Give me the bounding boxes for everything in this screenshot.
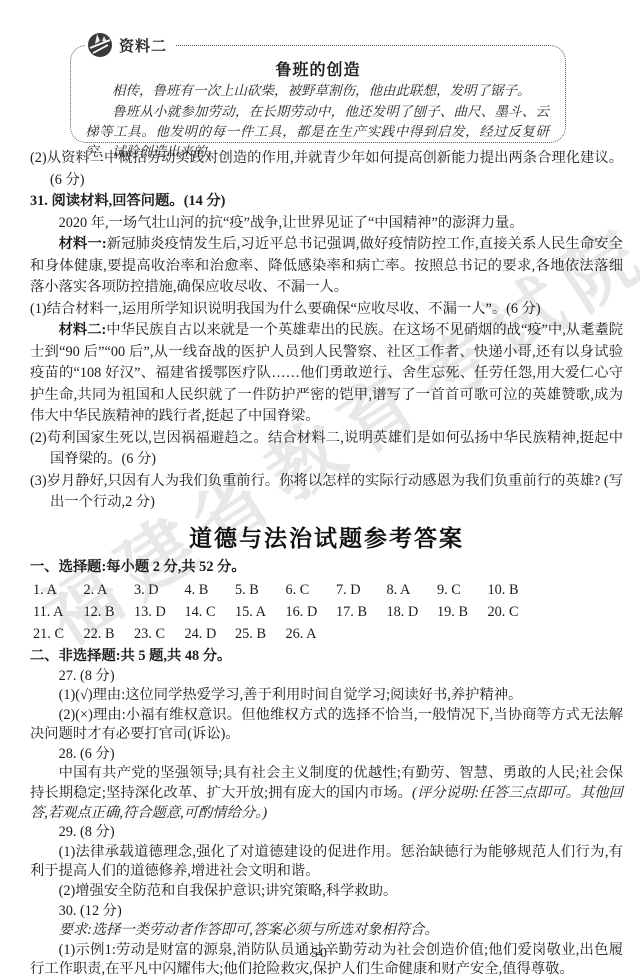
material-box-paragraph-1: 相传，鲁班有一次上山砍柴，被野草割伤，他由此联想，发明了锯子。	[85, 81, 549, 101]
choice-answer: 25. B	[235, 625, 286, 643]
answer-27-1: (1)(√)理由:这位同学热爱学习,善于利用时间自觉学习;阅读好书,养护精神。	[30, 686, 623, 706]
choice-answer: 20. C	[488, 603, 539, 621]
question-31-part2: (2)苟利国家生死以,岂因祸福避趋之。结合材料二,说明英雄们是如何弘扬中华民族精…	[30, 428, 623, 471]
material-1-text: 新冠肺炎疫情发生后,习近平总书记强调,做好疫情防控工作,直接关系人民生命安全和身…	[30, 236, 623, 295]
choice-answer: 17. B	[336, 603, 387, 621]
choice-answer-grid: 1. A2. A3. D4. B5. B6. C7. D8. A9. C10. …	[33, 581, 538, 643]
choice-answer: 19. B	[437, 603, 488, 621]
choice-answer: 16. D	[286, 603, 337, 621]
answers-title: 道德与法治试题参考答案	[30, 520, 623, 553]
choice-answer: 23. C	[134, 625, 185, 643]
material-2-label: 材料二:	[59, 322, 107, 338]
page-number: · 50 ·	[0, 946, 640, 962]
answer-30-header: 30. (12 分)	[30, 902, 623, 922]
question-31-header: 31. 阅读材料,回答问题。(14 分)	[30, 191, 623, 213]
choice-answer: 24. D	[185, 625, 236, 643]
answer-28-header: 28. (6 分)	[30, 745, 623, 765]
choice-answer: 14. C	[185, 603, 236, 621]
question-31-part1: (1)结合材料一,运用所学知识说明我国为什么要确保“应收尽收、不漏一人”。(6 …	[30, 299, 623, 321]
choice-answer: 9. C	[437, 581, 488, 599]
choice-answer: 13. D	[134, 603, 185, 621]
choice-answer: 18. D	[387, 603, 438, 621]
material-1-label: 材料一:	[59, 236, 107, 252]
choice-answer: 6. C	[286, 581, 337, 599]
material-box-tag: 资料二	[119, 35, 167, 56]
question-31-part3: (3)岁月静好,只因有人为我们负重前行。你将以怎样的实际行动感恩为我们负重前行的…	[30, 471, 623, 514]
choice-answer: 5. B	[235, 581, 286, 599]
choice-answer: 11. A	[33, 603, 84, 621]
answer-27-header: 27. (8 分)	[30, 667, 623, 687]
choice-answer: 7. D	[336, 581, 387, 599]
non-choice-section-header: 二、非选择题:共 5 题,共 48 分。	[30, 646, 623, 667]
material-1-paragraph: 材料一:新冠肺炎疫情发生后,习近平总书记强调,做好疫情防控工作,直接关系人民生命…	[30, 234, 623, 299]
material-2-text: 中华民族自古以来就是一个英雄辈出的民族。在这场不见硝烟的战“疫”中,从耄耋院士到…	[30, 322, 623, 424]
answer-27-2: (2)(×)理由:小福有维权意识。但他维权方式的选择不恰当,一般情况下,当协商等…	[30, 706, 623, 745]
choice-answer: 8. A	[387, 581, 438, 599]
question-section: (2)从资料二中概括劳动实践对创造的作用,并就青少年如何提高创新能力提出两条合理…	[30, 148, 623, 514]
answer-29-1: (1)法律承载道德理念,强化了对道德建设的促进作用。惩治缺德行为能够规范人们行为…	[30, 843, 623, 882]
material-box: 资料二 鲁班的创造 相传，鲁班有一次上山砍柴，被野草割伤，他由此联想，发明了锯子…	[70, 45, 566, 143]
answer-28-body: 中国有共产党的坚强领导;具有社会主义制度的优越性;有勤劳、智慧、勇敢的人民;社会…	[30, 764, 623, 823]
choice-answer: 26. A	[286, 625, 337, 643]
question-30-part2: (2)从资料二中概括劳动实践对创造的作用,并就青少年如何提高创新能力提出两条合理…	[30, 148, 623, 191]
choice-answer: 15. A	[235, 603, 286, 621]
choice-answer: 3. D	[134, 581, 185, 599]
answer-29-2: (2)增强安全防范和自我保护意识;讲究策略,科学救助。	[30, 882, 623, 902]
page-content: (2)从资料二中概括劳动实践对创造的作用,并就青少年如何提高创新能力提出两条合理…	[30, 148, 623, 976]
answer-30-requirement: 要求:选择一类劳动者作答即可,答案必须与所选对象相符合。	[30, 921, 623, 941]
exam-page: 福建省教育考试院 资料二 鲁班的创造 相传，鲁班有一次上山砍柴，被野草割伤，他由…	[0, 0, 640, 976]
material-box-label: 资料二	[85, 32, 176, 58]
choice-answer: 2. A	[84, 581, 135, 599]
material-2-paragraph: 材料二:中华民族自古以来就是一个英雄辈出的民族。在这场不见硝烟的战“疫”中,从耄…	[30, 320, 623, 428]
choice-answer: 12. B	[84, 603, 135, 621]
choice-section-header: 一、选择题:每小题 2 分,共 52 分。	[30, 557, 623, 578]
answers-section: 一、选择题:每小题 2 分,共 52 分。 1. A2. A3. D4. B5.…	[30, 557, 623, 976]
choice-answer: 1. A	[33, 581, 84, 599]
material-box-title: 鲁班的创造	[71, 57, 565, 80]
question-31-intro: 2020 年,一场气壮山河的抗“疫”战争,让世界见证了“中国精神”的澎湃力量。	[30, 213, 623, 235]
answer-29-header: 29. (8 分)	[30, 823, 623, 843]
choice-answer: 4. B	[185, 581, 236, 599]
choice-answer: 22. B	[84, 625, 135, 643]
pinwheel-badge-icon	[87, 32, 113, 58]
choice-answer: 10. B	[488, 581, 539, 599]
choice-answer: 21. C	[33, 625, 84, 643]
